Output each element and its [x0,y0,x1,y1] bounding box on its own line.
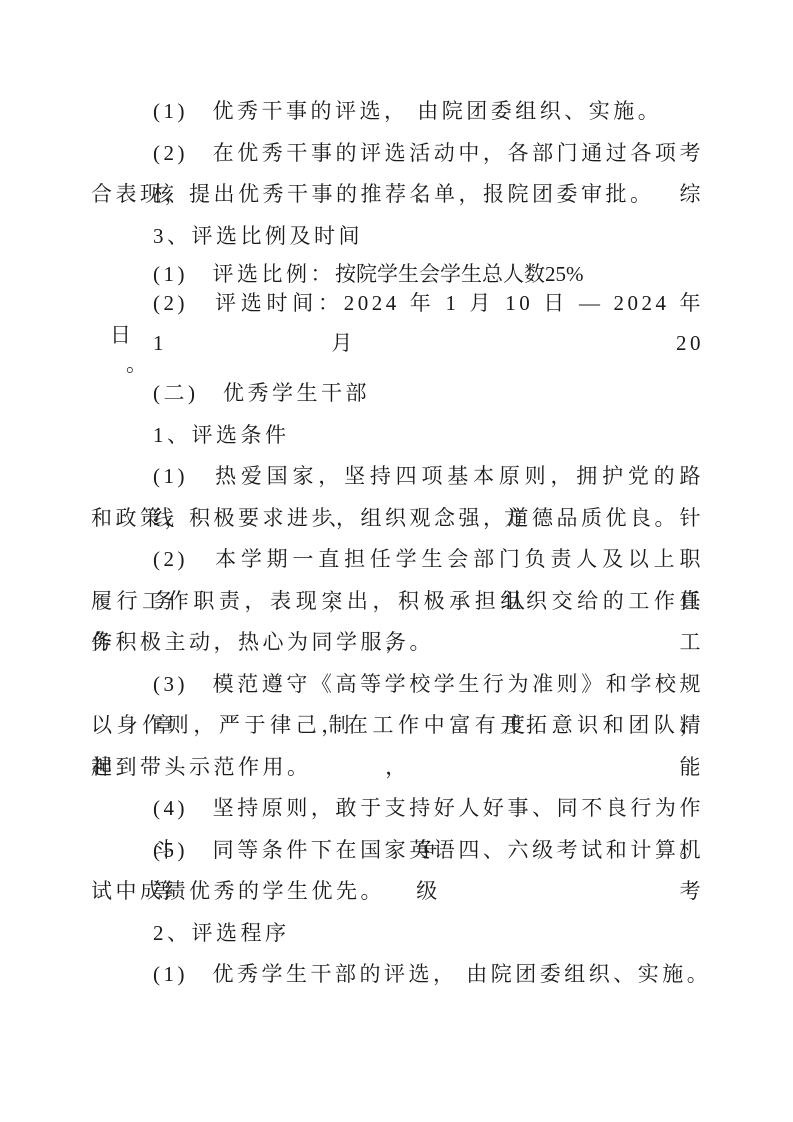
document-page: (1) 优秀干事的评选， 由院团委组织、实施。 (2) 在优秀干事的评选活动中，… [0,0,793,1122]
para-criteria-3-cont-1: 以身作则，严于律己，在工作中富有开拓意识和团队精神，能 [91,705,704,747]
para-criteria-1: (1) 热爱国家，坚持四项基本原则，拥护党的路线、方针 [91,456,704,498]
para-selection-time: (2) 评选时间：2024 年 1 月 10 日 — 2024 年 1 月 20 [91,283,704,315]
para-criteria-1-cont: 和政策，积极要求进步，组织观念强，道德品质优良。 [91,498,704,540]
para-criteria-2-cont-1: 履行工作职责，表现突出，积极承担组织交给的工作任务，工 [91,581,704,623]
para-criteria-2: (2) 本学期一直担任学生会部门负责人及以上职务，认真 [91,539,704,581]
para-criteria-5: (5) 同等条件下在国家英语四、六级考试和计算机等级考 [91,830,704,872]
para-criteria-4: (4) 坚持原则，敢于支持好人好事、同不良行为作斗争。 [91,788,704,830]
heading-selection-procedure: 2、评选程序 [91,913,704,955]
para-excellent-clerk-procedure-2: (2) 在优秀干事的评选活动中，各部门通过各项考核、综 [91,133,704,175]
para-cadre-procedure-1: (1) 优秀学生干部的评选， 由院团委组织、实施。 [91,954,704,996]
heading-selection-criteria: 1、评选条件 [91,415,704,457]
para-excellent-clerk-procedure-1: (1) 优秀干事的评选， 由院团委组织、实施。 [91,91,704,133]
heading-ratio-and-time: 3、评选比例及时间 [91,216,704,258]
heading-excellent-student-cadre: (二) 优秀学生干部 [91,373,704,415]
para-selection-ratio: (1) 评选比例：按院学生会学生总人数25% [91,257,704,283]
para-criteria-3: (3) 模范遵守《高等学校学生行为准则》和学校规章制度， [91,664,704,706]
document-body: (1) 优秀干事的评选， 由院团委组织、实施。 (2) 在优秀干事的评选活动中，… [0,0,793,996]
para-excellent-clerk-procedure-2-cont: 合表现，提出优秀干事的推荐名单，报院团委审批。 [91,174,704,216]
